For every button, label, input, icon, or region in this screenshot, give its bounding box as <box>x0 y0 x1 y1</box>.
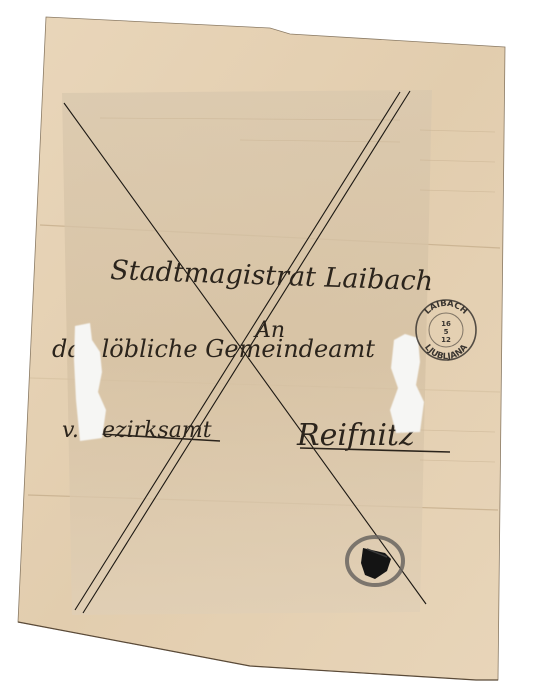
postmark-month: 5 <box>444 328 449 336</box>
postmark-year: 12 <box>441 336 451 344</box>
letter-cover: Stadtmagistrat Laibach An das löbliche G… <box>0 0 556 690</box>
document-photo: Stadtmagistrat Laibach An das löbliche G… <box>0 0 556 690</box>
postmark-day: 16 <box>441 320 451 328</box>
